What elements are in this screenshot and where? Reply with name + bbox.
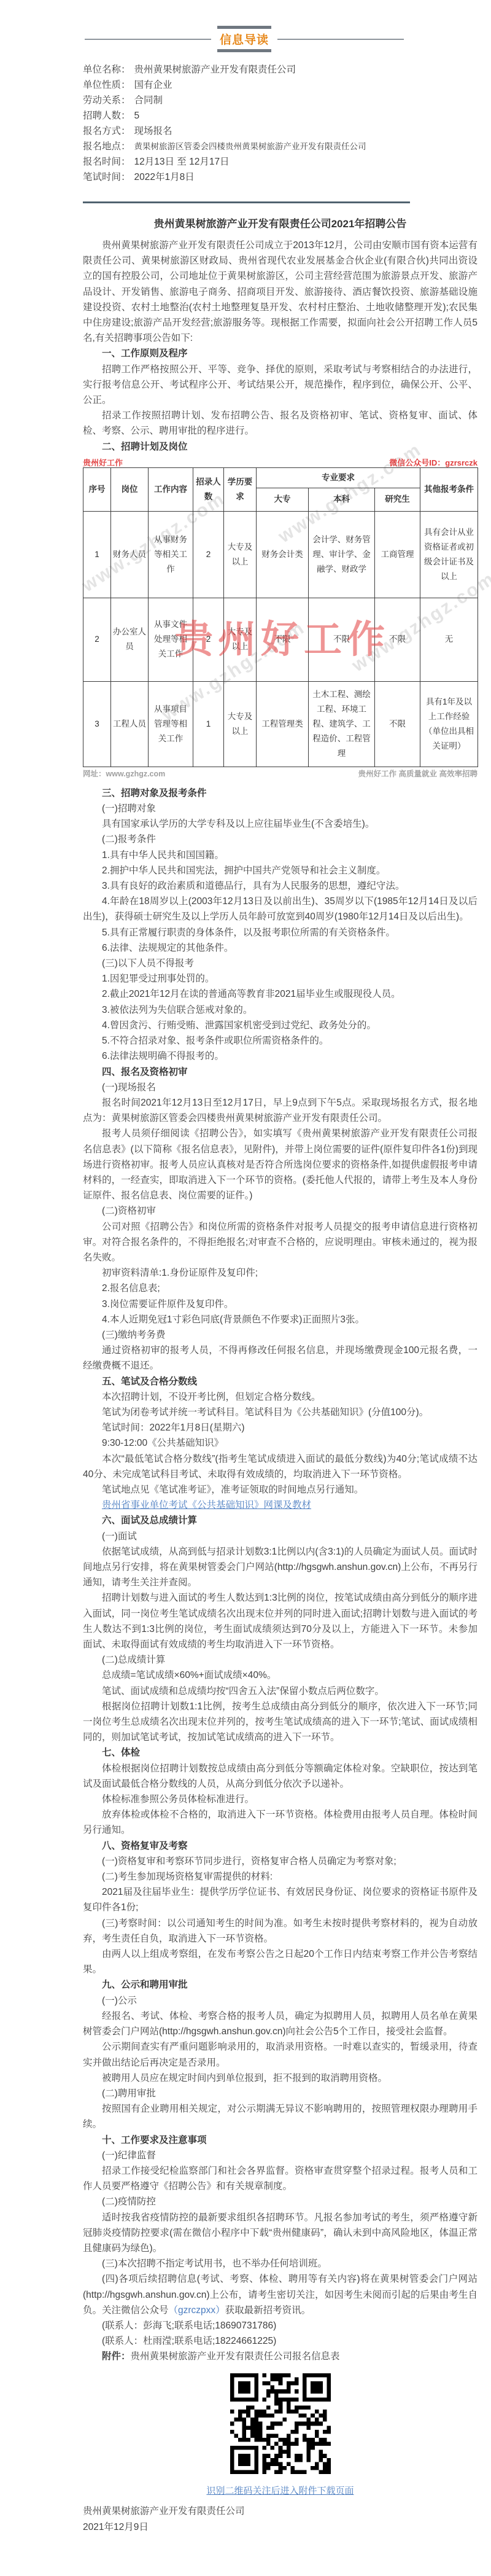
table-row: 3 工程人员 从事项目管理等相关工作 1 大专及以上 工程管理类 土木工程、测绘…: [83, 681, 478, 767]
paragraph: (一)资格复审和考察环节同步进行，资格复审合格人员确定为考察对象;: [83, 1854, 477, 1869]
cell-graduate: 不限: [375, 681, 420, 767]
info-value: 贵州黄果树旅游产业开发有限责任公司: [134, 62, 296, 77]
info-value: 现场报名: [134, 123, 172, 139]
header-left-line: [85, 39, 211, 40]
paragraph: (联系人：杜雨滢;联系电话;18224661225): [83, 2333, 477, 2349]
paragraph: 5.具有正常履行职责的身体条件，以及报考职位所需的有关资格条件。: [83, 925, 477, 940]
cell-college: 不限: [257, 598, 309, 681]
cell-bachelor: 土木工程、测绘工程、环境工程、建筑学、工程造价、工程管理: [309, 681, 375, 767]
paragraph: 笔试、面试成绩和总成绩均按“四舍五入法”保留小数点后两位数字。: [83, 1684, 477, 1699]
paragraph: 报考人员须仔细阅读《招聘公告》，如实填写《贵州黄果树旅游产业开发有限责任公司报名…: [83, 1126, 477, 1203]
cell-edu: 大专及以上: [224, 511, 257, 598]
col-header-major: 专业要求: [257, 467, 420, 488]
col-header-other: 其他报考条件: [420, 467, 478, 511]
cell-college: 财务会计类: [257, 511, 309, 598]
col-header-post: 岗位: [111, 467, 149, 511]
cell-count: 2: [193, 598, 224, 681]
paragraph: (三)本次招聘不指定考试用书，也不举办任何培训班。: [83, 2256, 477, 2271]
paragraph: 公示期间查实有严重问题影响录用的，取消录用资格。一时难以查实的，暂缓录用，待查实…: [83, 2039, 477, 2070]
cell-bachelor: 会计学、财务管理、审计学、金融学、财政学: [309, 511, 375, 598]
section-heading: 四、报名及资格初审: [83, 1064, 477, 1080]
paragraph: (二)总成绩计算: [83, 1652, 477, 1668]
qr-wrap: [83, 2373, 477, 2477]
paragraph: 6.法律、法规规定的其他条件。: [83, 940, 477, 956]
cell-edu: 大专及以上: [224, 681, 257, 767]
cell-count: 2: [193, 511, 224, 598]
paragraph: 本次“最低笔试合格分数线”(指考生笔试成绩进入面试的最低分数线)为40分;笔试成…: [83, 1451, 477, 1482]
info-row: 报名地点：黄果树旅游区管委会四楼贵州黄果树旅游产业开发有限责任公司: [83, 139, 477, 154]
paragraph: 笔试地点见《笔试准考证》，准考证领取的时间地点另行通知。: [83, 1482, 477, 1497]
info-label: 单位性质：: [83, 77, 131, 93]
paragraph: 初审资料清单:1.身份证原件及复印件;: [83, 1265, 477, 1281]
job-info-list: 单位名称：贵州黄果树旅游产业开发有限责任公司单位性质：国有企业劳动关系：合同制招…: [83, 62, 477, 185]
paragraph: (三)缴纳考务费: [83, 1327, 477, 1343]
cell-duty: 从事文件处理等相关工作: [149, 598, 193, 681]
paragraph: 附件：贵州黄果树旅游产业开发有限责任公司报名信息表: [83, 2349, 477, 2364]
paragraph: 体检根据岗位招聘计划数按总成绩由高分到低分等额确定体检对象。空缺职位，按达到笔试…: [83, 1761, 477, 1792]
info-row: 报名时间：12月13日 至 12月17日: [83, 154, 477, 170]
col-header-bachelor: 本科: [309, 488, 375, 511]
announcement-date: 2021年12月9日: [83, 2519, 477, 2535]
section-heading: 十、工作要求及注意事项: [83, 2133, 477, 2148]
qr-caption-link[interactable]: 识别二维码关注后进入附件下载页面: [83, 2483, 477, 2499]
link-line[interactable]: 贵州省事业单位考试《公共基础知识》网课及教材: [83, 1497, 477, 1513]
paragraph: 3.具有良好的政治素质和道德品行，具有为人民服务的思想，遵纪守法。: [83, 878, 477, 894]
section-heading: 三、招聘对象及报考条件: [83, 786, 477, 801]
paragraph: (四)各项后续招聘信息(考试、考察、体检、聘用等有关内容)将在黄果树管委会门户网…: [83, 2271, 477, 2318]
section-heading: 六、面试及总成绩计算: [83, 1513, 477, 1528]
section-heading: 七、体检: [83, 1745, 477, 1760]
cell-edu: 大专及以上: [224, 598, 257, 681]
paragraph: 适时按我省疫情防控的最新要求组织各招聘环节。凡报名参加考试的考生，须严格遵守新冠…: [83, 2210, 477, 2257]
page: 信息导读 单位名称：贵州黄果树旅游产业开发有限责任公司单位性质：国有企业劳动关系…: [0, 0, 491, 2535]
paragraph: 通过资格初审的报考人员，不得再修改任何报名信息，并现场缴费现金100元报名费，一…: [83, 1343, 477, 1373]
info-label: 劳动关系：: [83, 93, 131, 108]
paragraph: 报名时间2021年12月13日至12月17日，早上9点到下午5点。采取现场报名方…: [83, 1095, 477, 1126]
announcement-title: 贵州黄果树旅游产业开发有限责任公司2021年招聘公告: [83, 216, 477, 232]
bold-label: 附件：: [102, 2351, 131, 2362]
paragraph: (二)聘用审批: [83, 2086, 477, 2101]
paragraph: 放弃体检或体检不合格的，取消进入下一环节资格。体检费用由报考人员自理。体检时间另…: [83, 1807, 477, 1838]
paragraph: 依据笔试成绩，从高到低与招录计划数3:1比例以内(含3:1)的人员确定为面试人员…: [83, 1544, 477, 1591]
cell-no: 2: [83, 598, 111, 681]
article-body-top: 贵州黄果树旅游产业开发有限责任公司成立于2013年12月，公司由安顺市国有资本运…: [83, 238, 477, 455]
table-row: 2 办公室人员 从事文件处理等相关工作 2 大专及以上 不限 不限 不限 无: [83, 598, 478, 681]
info-value: 2022年1月8日: [134, 170, 195, 185]
paragraph: 本次招聘计划，不设开考比例，但划定合格分数线。: [83, 1389, 477, 1405]
cell-post: 财务人员: [111, 511, 149, 598]
paragraph: 贵州黄果树旅游产业开发有限责任公司成立于2013年12月，公司由安顺市国有资本运…: [83, 238, 477, 346]
col-header-graduate: 研究生: [375, 488, 420, 511]
paragraph: 4.年龄在18周岁以上(2003年12月13日及以前出生)、35周岁以下(198…: [83, 894, 477, 924]
paragraph: 根据岗位招聘计划数1:1比例，按考生总成绩由高分到低分的顺序，依次进入下一环节;…: [83, 1699, 477, 1746]
cell-graduate: 不限: [375, 598, 420, 681]
cell-post: 工程人员: [111, 681, 149, 767]
paragraph: 6.法律法规明确不得报考的。: [83, 1048, 477, 1064]
info-label: 报名方式：: [83, 123, 131, 139]
paragraph: 招聘工作严格按照公开、平等、竞争、择优的原则，采取考试与考察相结合的办法进行，实…: [83, 362, 477, 408]
info-value: 合同制: [134, 93, 163, 108]
info-guide-title: 信息导读: [220, 29, 269, 49]
info-row: 劳动关系：合同制: [83, 93, 477, 108]
section-heading: 八、资格复审及考察: [83, 1838, 477, 1854]
paragraph: 3.被依法列为失信联合惩戒对象的。: [83, 1002, 477, 1018]
paragraph: 公司对照《招聘公告》和岗位所需的资格条件对报考人员提交的报考申请信息进行资格初审…: [83, 1219, 477, 1266]
cell-post: 办公室人员: [111, 598, 149, 681]
col-header-count: 招录人数: [193, 467, 224, 511]
watermark-top-left: 贵州好工作: [83, 458, 123, 468]
paragraph: 4.曾因贪污、行贿受贿、泄露国家机密受到过党纪、政务处分的。: [83, 1018, 477, 1033]
section-heading: 九、公示和聘用审批: [83, 1977, 477, 1992]
paragraph: 1.因犯罪受过刑事处罚的。: [83, 971, 477, 986]
paragraph: (二)疫情防控: [83, 2194, 477, 2209]
company-signature: 贵州黄果树旅游产业开发有限责任公司: [83, 2504, 477, 2519]
info-label: 报名地点：: [83, 139, 131, 154]
cell-other: 具有1年及以上工作经验（单位出具相关证明）: [420, 681, 478, 767]
paragraph: 具有国家承认学历的大学专科及以上应往届毕业生(不含委培生)。: [83, 816, 477, 832]
paragraph: 招聘计划数与进入面试的考生人数达到1:3比例的岗位，按笔试成绩由高分到低分的顺序…: [83, 1590, 477, 1652]
cell-other: 具有会计从业资格证者或初级会计证书及以上: [420, 511, 478, 598]
paragraph: (一)现场报名: [83, 1080, 477, 1095]
cell-duty: 从事财务等相关工作: [149, 511, 193, 598]
info-value: 黄果树旅游区管委会四楼贵州黄果树旅游产业开发有限责任公司: [134, 139, 366, 154]
paragraph: 笔试时间：2022年1月8日(星期六): [83, 1420, 477, 1435]
table-row: 1 财务人员 从事财务等相关工作 2 大专及以上 财务会计类 会计学、财务管理、…: [83, 511, 478, 598]
paragraph: 体检标准参照公务员体检标准进行。: [83, 1792, 477, 1807]
paragraph: 按照国有企业聘用相关规定，对公示期满无异议不影响聘用的，按照管理权限办理聘用手续…: [83, 2101, 477, 2132]
paragraph: 总成绩=笔试成绩×60%+面试成绩×40%。: [83, 1668, 477, 1683]
info-label: 报名时间：: [83, 154, 131, 170]
col-header-duty: 工作内容: [149, 467, 193, 511]
info-row: 报名方式：现场报名: [83, 123, 477, 139]
cell-graduate: 工商管理: [375, 511, 420, 598]
recruit-table: 序号 岗位 工作内容 招录人数 学历要求 专业要求 其他报考条件 大专 本科 研…: [83, 467, 478, 767]
col-header-college: 大专: [257, 488, 309, 511]
paragraph: (三)以下人员不得报考: [83, 956, 477, 971]
info-guide-header: 信息导读: [85, 26, 404, 52]
paragraph: (联系人：彭海飞;联系电话;18690731786): [83, 2318, 477, 2333]
recruit-table-zone: 贵州好工作 微信公众号ID：gzrsrczk www.gzhgz.com www…: [83, 458, 477, 780]
info-row: 招聘人数：5: [83, 108, 477, 123]
info-row: 单位名称：贵州黄果树旅游产业开发有限责任公司: [83, 62, 477, 77]
info-row: 单位性质：国有企业: [83, 77, 477, 93]
cell-college: 工程管理类: [257, 681, 309, 767]
section-heading: 五、笔试及合格分数线: [83, 1374, 477, 1389]
paragraph: 2.拥护中华人民共和国宪法，拥护中国共产党领导和社会主义制度。: [83, 863, 477, 878]
cell-no: 3: [83, 681, 111, 767]
paragraph: 2.截止2021年12月在读的普通高等教育非2021届毕业生或服现役人员。: [83, 986, 477, 1002]
paragraph: 由两人以上组成考察组，在发布考察公告之日起20个工作日内结束考察工作并公告考察结…: [83, 1946, 477, 1977]
section-divider: [83, 201, 410, 203]
paragraph: 招录工作按照招聘计划、发布招聘公告、报名及资格初审、笔试、资格复审、面试、体检、…: [83, 408, 477, 439]
paragraph: (一)招聘对象: [83, 801, 477, 816]
info-value: 国有企业: [134, 77, 172, 93]
watermark-bottom-right: 贵州好工作 高质量就业 高效率招聘: [358, 768, 477, 780]
paragraph: (一)公示: [83, 1993, 477, 2008]
paragraph: 1.具有中华人民共和国国籍。: [83, 848, 477, 863]
cell-duty: 从事项目管理等相关工作: [149, 681, 193, 767]
info-value: 5: [134, 108, 140, 123]
cell-no: 1: [83, 511, 111, 598]
paragraph: 招录工作接受纪检监察部门和社会各界监督。资格审查贯穿整个招录过程。报考人员和工作…: [83, 2163, 477, 2194]
col-header-edu: 学历要求: [224, 467, 257, 511]
info-row: 笔试时间：2022年1月8日: [83, 170, 477, 185]
info-label: 笔试时间：: [83, 170, 131, 185]
section-heading: 一、工作原则及程序: [83, 346, 477, 361]
header-bottom-bar: [217, 49, 271, 52]
paragraph: (二)考生参加现场资格复审需提供的材料:: [83, 1869, 477, 1884]
col-header-no: 序号: [83, 467, 111, 511]
info-value: 12月13日 至 12月17日: [134, 154, 230, 170]
paragraph: 经报名、考试、体检、考察合格的报考人员，确定为拟聘用人员，拟聘用人员名单在黄果树…: [83, 2008, 477, 2039]
cell-bachelor: 不限: [309, 598, 375, 681]
watermark-bottom-left: 网址：www.gzhgz.com: [83, 768, 165, 780]
cell-other: 无: [420, 598, 478, 681]
paragraph: 3.岗位需要证件原件及复印件。: [83, 1297, 477, 1312]
paragraph: (三)考察时间：以公司通知考生的时间为准。如考生未按时提供考察材料的，视为自动放…: [83, 1916, 477, 1946]
paragraph: 笔试为闭卷考试并统一考试科目。笔试科目为《公共基础知识》(分值100分)。: [83, 1405, 477, 1420]
info-label: 招聘人数：: [83, 108, 131, 123]
paragraph: 4.本人近期免冠1寸彩色同底(背景颜色不作要求)正面照片3张。: [83, 1312, 477, 1327]
paragraph: (一)面试: [83, 1529, 477, 1544]
header-right-line: [277, 39, 404, 40]
paragraph: (一)纪律监督: [83, 2148, 477, 2163]
paragraph: 被聘用人员应在规定时间内到单位报到，拒不报到的取消聘用资格。: [83, 2071, 477, 2086]
paragraph: 9:30-12:00《公共基础知识》: [83, 1435, 477, 1451]
paragraph: 5.不符合招录对象、报考条件或职位所需资格条件的。: [83, 1033, 477, 1048]
watermark-top-right: 微信公众号ID：gzrsrczk: [389, 458, 477, 468]
article-body-bottom: 三、招聘对象及报考条件(一)招聘对象具有国家承认学历的大学专科及以上应往届毕业生…: [83, 786, 477, 2365]
paragraph: (二)报考条件: [83, 832, 477, 847]
paragraph: 2.报名信息表;: [83, 1281, 477, 1296]
section-heading: 二、招聘计划及岗位: [83, 439, 477, 455]
paragraph: 2021届及往届毕业生：提供学历学位证书、有效居民身份证、岗位要求的资格证书原件…: [83, 1884, 477, 1915]
inline-link[interactable]: （gzrczpxx）: [169, 2305, 225, 2316]
cell-count: 1: [193, 681, 224, 767]
info-label: 单位名称：: [83, 62, 131, 77]
qr-code: [230, 2373, 331, 2474]
paragraph: (二)资格初审: [83, 1203, 477, 1219]
